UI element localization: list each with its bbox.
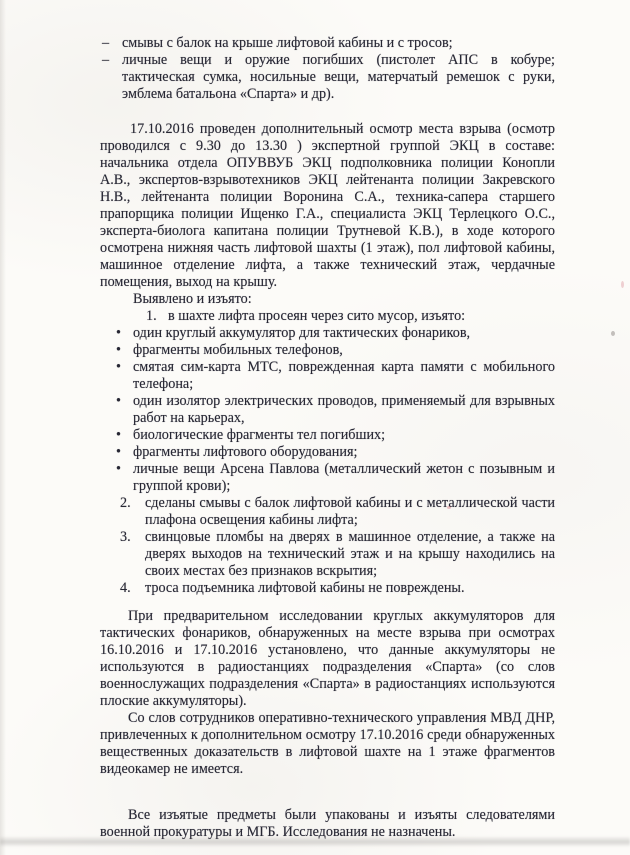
numbered-item-text: свинцовые пломбы на дверях в машинное от…: [145, 529, 555, 579]
bullet-marker: •: [116, 393, 121, 410]
findings-numbered-list: 2. сделаны смывы с балок лифтовой кабины…: [100, 495, 555, 597]
dash-marker: –: [102, 52, 109, 69]
bullet-item-text: личные вещи Арсена Павлова (металлически…: [133, 461, 555, 494]
scan-left-edge-shadow: [0, 0, 6, 855]
numbered-item-number: 2.: [120, 495, 131, 512]
numbered-item-number: 4.: [120, 580, 131, 597]
finding-item-1-number: 1.: [146, 308, 157, 325]
bullet-list-item: • фрагменты мобильных телефонов,: [100, 342, 555, 359]
numbered-item-text: троса подъемника лифтовой кабины не повр…: [145, 580, 465, 596]
bullet-marker: •: [116, 444, 121, 461]
dash-item-text: личные вещи и оружие погибших (пистолет …: [122, 52, 555, 102]
findings-heading: Выявлено и изъято:: [100, 291, 555, 308]
bullet-item-text: фрагменты мобильных телефонов,: [133, 342, 343, 358]
numbered-list-item: 4. троса подъемника лифтовой кабины не п…: [100, 580, 555, 597]
scan-speck: [621, 281, 624, 288]
scan-speck: [447, 506, 451, 509]
bullet-list-item: • смятая сим-карта МТС, поврежденная кар…: [100, 359, 555, 393]
numbered-item-number: 3.: [120, 529, 131, 546]
intro-dash-list: – смывы с балок на крыше лифтовой кабины…: [100, 35, 555, 103]
numbered-item-text: сделаны смывы с балок лифтовой кабины и …: [145, 495, 555, 528]
bullet-marker: •: [116, 461, 121, 478]
bullet-marker: •: [116, 342, 121, 359]
bullet-list-item: • биологические фрагменты тел погибших;: [100, 427, 555, 444]
bullet-marker: •: [116, 359, 121, 376]
bullet-item-text: один круглый аккумулятор для тактических…: [133, 325, 470, 341]
bullet-list-item: • один изолятор электрических проводов, …: [100, 393, 555, 427]
scan-bottom-shadow-band: [0, 836, 630, 847]
paragraph-additional-inspection: 17.10.2016 проведен дополнительный осмот…: [100, 121, 555, 291]
bullet-item-text: один изолятор электрических проводов, пр…: [133, 393, 555, 426]
bullet-list-item: • фрагменты лифтового оборудования;: [100, 444, 555, 461]
finding-item-1-text: в шахте лифта просеян через сито мусор, …: [168, 308, 465, 324]
scanned-document-page: – смывы с балок на крыше лифтовой кабины…: [0, 0, 630, 855]
bullet-marker: •: [116, 427, 121, 444]
sifted-items-bullet-list: • один круглый аккумулятор для тактическ…: [100, 325, 555, 495]
dash-marker: –: [102, 35, 109, 52]
numbered-list-item: 3. свинцовые пломбы на дверях в машинное…: [100, 529, 555, 580]
bullet-marker: •: [116, 325, 121, 342]
scan-speck: [611, 331, 615, 336]
dash-list-item: – личные вещи и оружие погибших (пистоле…: [100, 52, 555, 103]
dash-item-text: смывы с балок на крыше лифтовой кабины и…: [122, 35, 453, 51]
bullet-item-text: фрагменты лифтового оборудования;: [133, 444, 357, 460]
document-text-column: – смывы с балок на крыше лифтовой кабины…: [100, 35, 555, 841]
bullet-item-text: биологические фрагменты тел погибших;: [133, 427, 385, 443]
numbered-list-item: 2. сделаны смывы с балок лифтовой кабины…: [100, 495, 555, 529]
dash-list-item: – смывы с балок на крыше лифтовой кабины…: [100, 35, 555, 52]
bullet-list-item: • личные вещи Арсена Павлова (металличес…: [100, 461, 555, 495]
finding-item-1: 1. в шахте лифта просеян через сито мусо…: [100, 308, 555, 325]
bullet-item-text: смятая сим-карта МТС, поврежденная карта…: [133, 359, 555, 392]
paragraph-batteries-analysis: При предварительном исследовании круглых…: [100, 608, 555, 710]
paragraph-video-cameras: Со слов сотрудников оперативно-техническ…: [100, 710, 555, 778]
bullet-list-item: • один круглый аккумулятор для тактическ…: [100, 325, 555, 342]
